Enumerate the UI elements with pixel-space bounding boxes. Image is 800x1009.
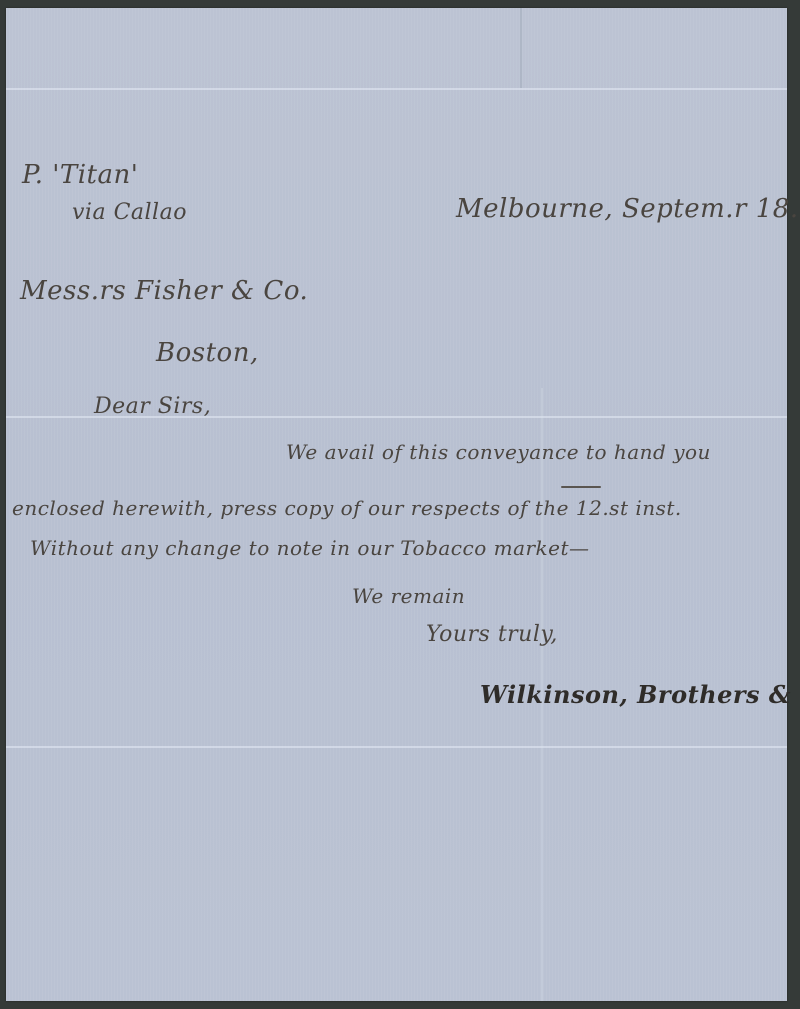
routing-via: via Callao [72, 200, 187, 225]
fold-line-top [6, 88, 787, 90]
routing-ship: P. 'Titan' [22, 160, 138, 190]
fold-crease-vertical [520, 8, 522, 88]
closing-line-2: Yours truly, [426, 622, 558, 647]
letter-page: P. 'Titan' via Callao Melbourne, Septem.… [6, 8, 787, 1001]
body-line-1: We avail of this conveyance to hand you [286, 440, 711, 464]
body-line-2: enclosed herewith, press copy of our res… [12, 496, 682, 520]
salutation: Dear Sirs, [94, 394, 211, 419]
ink-mark [561, 486, 601, 488]
closing-line-1: We remain [352, 584, 465, 608]
scan-frame: P. 'Titan' via Callao Melbourne, Septem.… [0, 0, 800, 1009]
dateline: Melbourne, Septem.r 18. 1857 [456, 194, 800, 224]
body-line-3: Without any change to note in our Tobacc… [30, 536, 590, 560]
addressee-city: Boston, [156, 338, 259, 368]
addressee-name: Mess.rs Fisher & Co. [20, 276, 308, 306]
fold-line-lower [6, 746, 787, 748]
signature: Wilkinson, Brothers & Co. [480, 680, 800, 709]
